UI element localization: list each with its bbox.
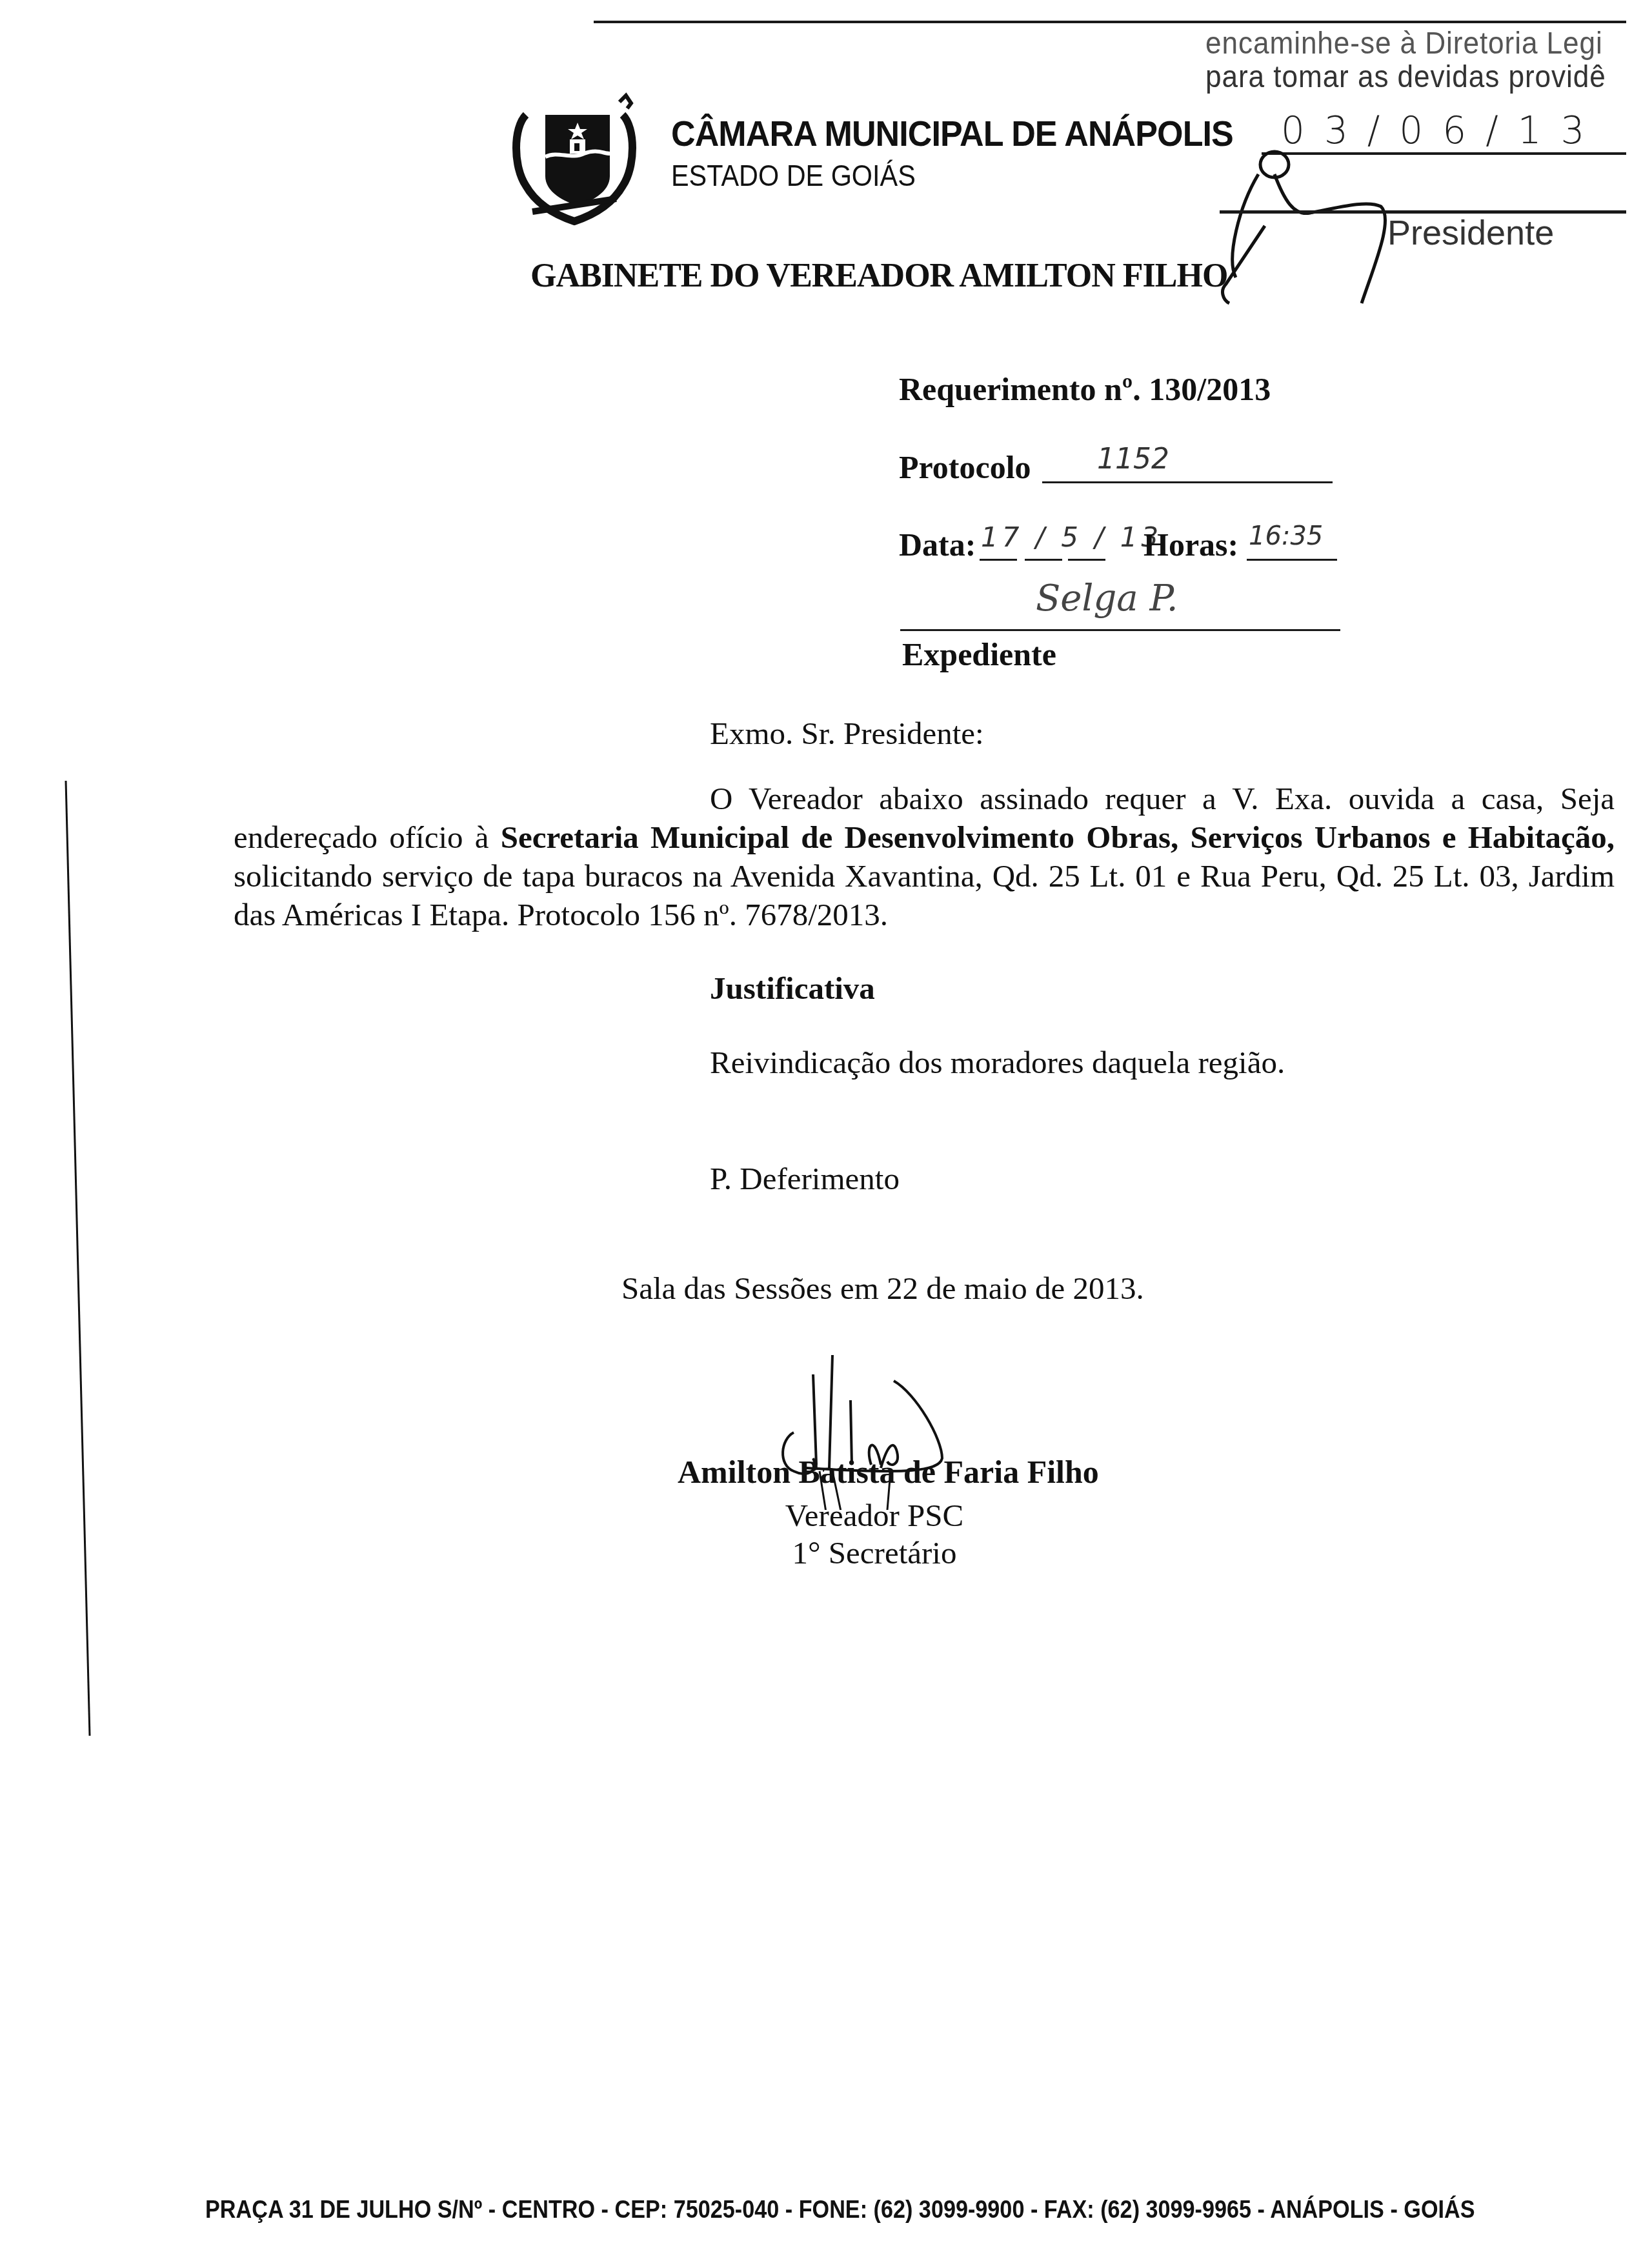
paragraph-bold-agency: Secretaria Municipal de Desenvolvimento … — [501, 819, 1615, 855]
protocol-line — [1042, 481, 1333, 483]
hours-value: 16:35 — [1249, 521, 1323, 551]
date-label: Data: — [899, 526, 976, 563]
dispatch-line — [900, 629, 1340, 631]
protocol-value: 1152 — [1097, 443, 1169, 476]
stamp-line-2: para tomar as devidas providê — [1205, 59, 1606, 95]
stamp-line-1: encaminhe-se à Diretoria Legi — [1205, 26, 1603, 61]
cabinet-title: GABINETE DO VEREADOR AMILTON FILHO — [530, 257, 1227, 295]
date-line-day — [980, 559, 1017, 561]
coat-of-arms-icon — [507, 89, 642, 228]
president-label: Presidente — [1387, 213, 1554, 253]
request-paragraph: O Vereador abaixo assinado requer a V. E… — [234, 779, 1615, 934]
date-line-month — [1025, 559, 1062, 561]
date-value: 17 / 5 / 13 — [981, 521, 1162, 553]
salutation: Exmo. Sr. Presidente: — [710, 715, 984, 752]
request-number: Requerimento nº. 130/2013 — [899, 370, 1271, 408]
signer-name: Amilton Batista de Faria Filho — [678, 1453, 1099, 1491]
paragraph-rest: solicitando serviço de tapa buracos na A… — [234, 858, 1615, 932]
org-name: CÂMARA MUNICIPAL DE ANÁPOLIS — [671, 112, 1233, 154]
top-rule — [594, 21, 1626, 23]
org-state: ESTADO DE GOIÁS — [671, 158, 916, 193]
scan-margin-line — [0, 0, 258, 2261]
date-line-year — [1068, 559, 1105, 561]
place-date: Sala das Sessões em 22 de maio de 2013. — [621, 1270, 1144, 1307]
justification-text: Reivindicação dos moradores daquela regi… — [710, 1044, 1285, 1081]
protocol-label: Protocolo — [899, 448, 1031, 486]
hours-label: Horas: — [1143, 526, 1238, 563]
dispatch-label: Expediente — [902, 636, 1056, 673]
hours-line — [1247, 559, 1337, 561]
president-signature-icon — [1213, 97, 1420, 310]
closing: P. Deferimento — [710, 1160, 900, 1197]
dispatch-signature: Selga P. — [1036, 578, 1178, 619]
footer-address: PRAÇA 31 DE JULHO S/Nº - CENTRO - CEP: 7… — [205, 2196, 1475, 2224]
justification-title: Justificativa — [710, 970, 875, 1007]
